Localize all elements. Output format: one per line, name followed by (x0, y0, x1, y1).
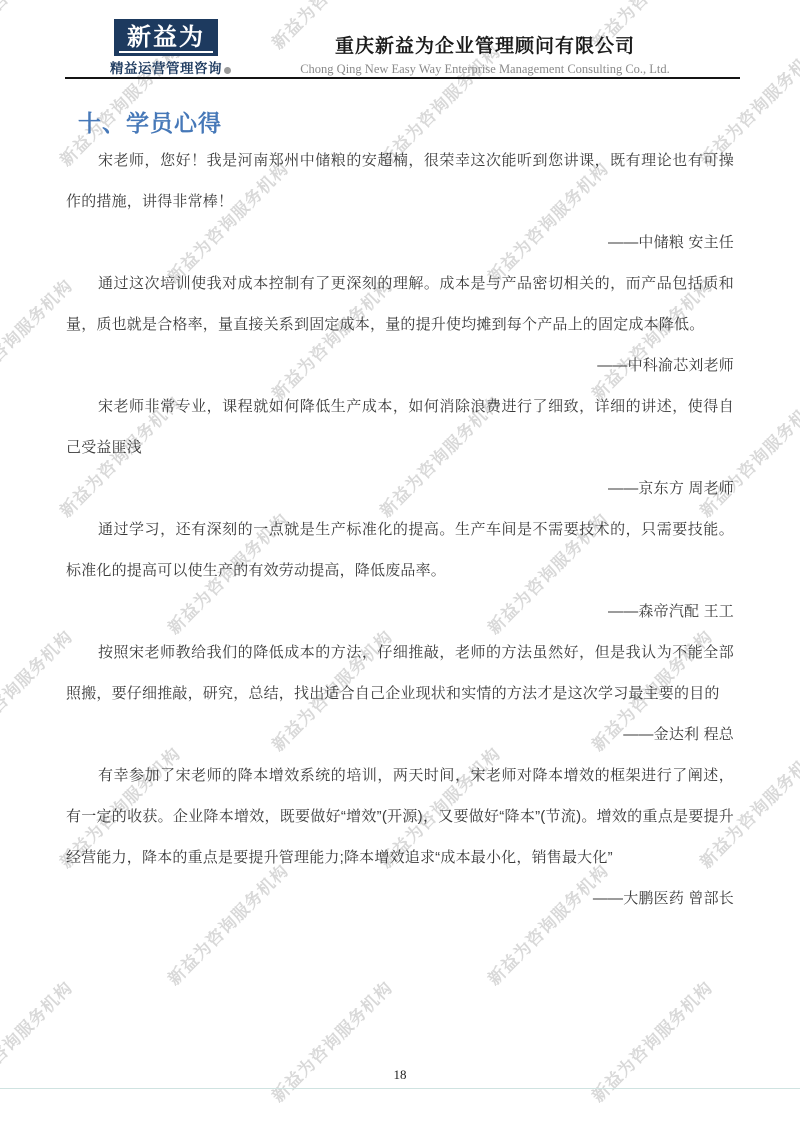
page-footer: 18 (0, 1062, 800, 1089)
company-logo: 新益为 精益运营管理咨询 (110, 19, 218, 78)
testimonial-text: 宋老师非常专业，课程就如何降低生产成本，如何消除浪费进行了细致，详细的讲述，使得… (66, 386, 734, 468)
section-title: 十、学员心得 (78, 108, 734, 138)
logo-tagline-row: 精益运营管理咨询 (110, 57, 218, 78)
company-name-en: Chong Qing New Easy Way Enterprise Manag… (230, 62, 740, 77)
testimonial-text: 按照宋老师教给我们的降低成本的方法，仔细推敲，老师的方法虽然好，但是我认为不能全… (66, 632, 734, 714)
testimonial-block: 按照宋老师教给我们的降低成本的方法，仔细推敲，老师的方法虽然好，但是我认为不能全… (66, 632, 734, 755)
logo-box: 新益为 (114, 19, 218, 56)
page-number: 18 (0, 1062, 800, 1088)
company-name-block: 重庆新益为企业管理顾问有限公司 Chong Qing New Easy Way … (230, 31, 740, 77)
logo-text: 新益为 (127, 26, 205, 50)
testimonial-block: 有幸参加了宋老师的降本增效系统的培训，两天时间，宋老师对降本增效的框架进行了阐述… (66, 755, 734, 919)
testimonial-block: 通过这次培训使我对成本控制有了更深刻的理解。成本是与产品密切相关的，而产品包括质… (66, 263, 734, 386)
testimonial-block: 宋老师非常专业，课程就如何降低生产成本，如何消除浪费进行了细致，详细的讲述，使得… (66, 386, 734, 509)
logo-tagline: 精益运营管理咨询 (110, 61, 222, 76)
testimonial-block: 通过学习，还有深刻的一点就是生产标准化的提高。生产车间是不需要技术的，只需要技能… (66, 509, 734, 632)
testimonial-attribution: ——中储粮 安主任 (66, 222, 734, 263)
company-name-cn: 重庆新益为企业管理顾问有限公司 (230, 31, 740, 58)
testimonial-attribution: ——金达利 程总 (66, 714, 734, 755)
testimonial-attribution: ——中科渝芯刘老师 (66, 345, 734, 386)
testimonial-text: 有幸参加了宋老师的降本增效系统的培训，两天时间，宋老师对降本增效的框架进行了阐述… (66, 755, 734, 878)
testimonial-block: 宋老师，您好！我是河南郑州中储粮的安超楠，很荣幸这次能听到您讲课，既有理论也有可… (66, 140, 734, 263)
testimonial-attribution: ——森帝汽配 王工 (66, 591, 734, 632)
header-divider (65, 77, 740, 79)
document-page: 新益为咨询服务机构新益为咨询服务机构新益为咨询服务机构新益为咨询服务机构新益为咨… (0, 0, 800, 1132)
page-header: 新益为 精益运营管理咨询 重庆新益为企业管理顾问有限公司 Chong Qing … (0, 0, 800, 80)
testimonial-attribution: ——京东方 周老师 (66, 468, 734, 509)
footer-divider (0, 1088, 800, 1089)
testimonial-attribution: ——大鹏医药 曾部长 (66, 878, 734, 919)
testimonials-list: 宋老师，您好！我是河南郑州中储粮的安超楠，很荣幸这次能听到您讲课，既有理论也有可… (66, 140, 734, 919)
testimonial-text: 宋老师，您好！我是河南郑州中储粮的安超楠，很荣幸这次能听到您讲课，既有理论也有可… (66, 140, 734, 222)
testimonial-text: 通过学习，还有深刻的一点就是生产标准化的提高。生产车间是不需要技术的，只需要技能… (66, 509, 734, 591)
testimonial-text: 通过这次培训使我对成本控制有了更深刻的理解。成本是与产品密切相关的，而产品包括质… (66, 263, 734, 345)
page-content: 十、学员心得 宋老师，您好！我是河南郑州中储粮的安超楠，很荣幸这次能听到您讲课，… (66, 108, 734, 919)
